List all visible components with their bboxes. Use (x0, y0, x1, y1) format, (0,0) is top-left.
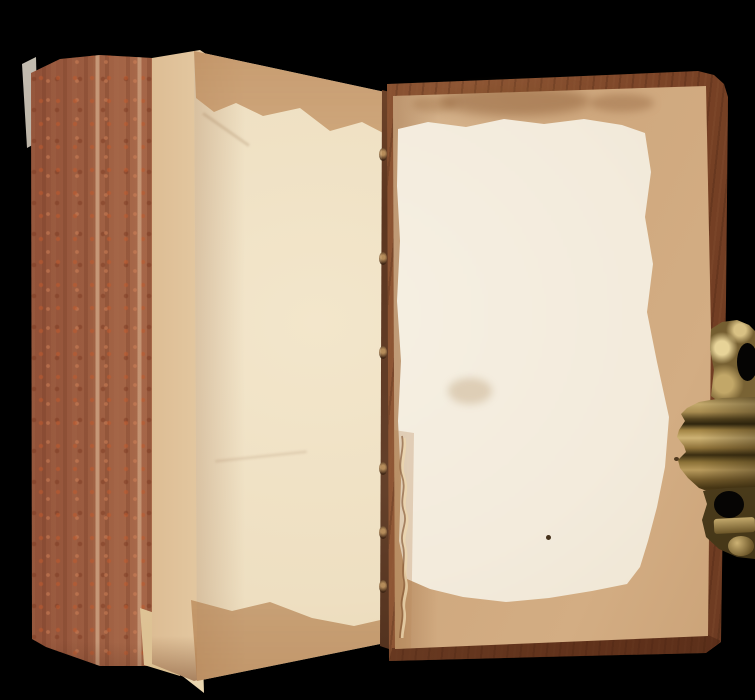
pastedown-stain (440, 86, 590, 116)
sewing-station (379, 462, 387, 475)
sewing-station (379, 148, 387, 161)
pastedown-smudge (448, 378, 492, 404)
clasp-bar (714, 517, 755, 534)
sewing-station (379, 252, 387, 265)
clasp-hole (737, 343, 755, 381)
sewing-station (379, 346, 387, 359)
photo-stage (0, 0, 755, 700)
pastedown-stain (412, 96, 456, 112)
pastedown-stain (590, 94, 654, 112)
clasp-hole (714, 491, 744, 518)
foxing-speck (546, 535, 551, 540)
sewing-station (379, 580, 387, 593)
sewing-station (379, 526, 387, 539)
clasp-knob (728, 536, 754, 556)
